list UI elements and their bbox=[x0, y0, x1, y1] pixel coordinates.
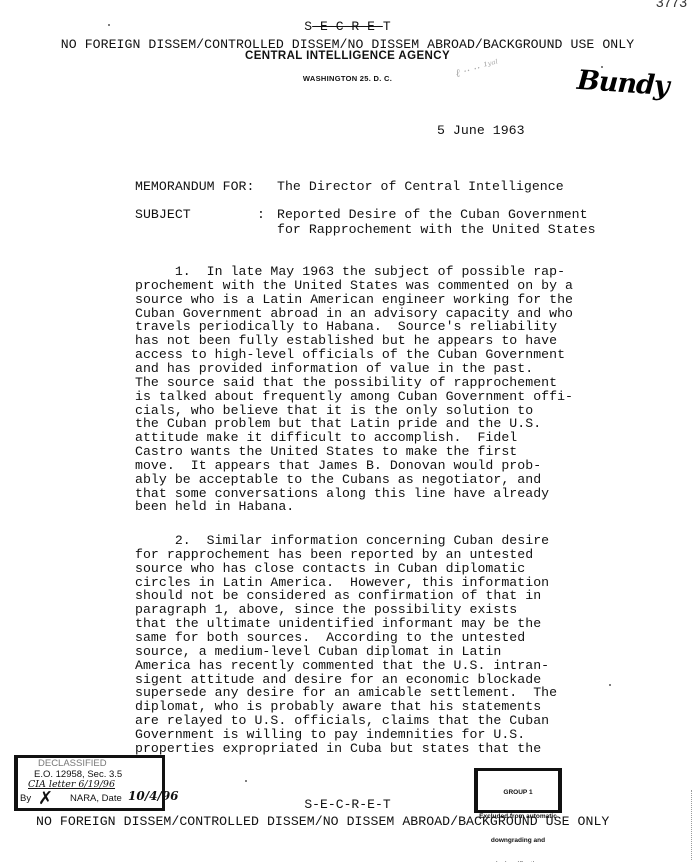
declass-line-1: DECLASSIFIED bbox=[38, 758, 107, 769]
memo-for-value: The Director of Central Intelligence bbox=[277, 179, 564, 194]
paragraph-line: for rapprochement has been reported by a… bbox=[135, 547, 533, 562]
paragraph-line: source who is a Latin American engineer … bbox=[135, 292, 573, 307]
paragraph-line: has not been fully established but he ap… bbox=[135, 333, 557, 348]
memo-subject-line: for Rapprochement with the United States bbox=[277, 222, 596, 237]
group-stamp-title: GROUP 1 bbox=[478, 789, 558, 797]
paragraph-line: 1. In late May 1963 the subject of possi… bbox=[135, 264, 565, 279]
scan-speck bbox=[245, 780, 247, 782]
paragraph-line: properties expropriated in Cuba but stat… bbox=[135, 741, 541, 756]
paragraph-line: source, a medium-level Cuban diplomat in… bbox=[135, 644, 501, 659]
paragraph-line: same for both sources. According to the … bbox=[135, 630, 525, 645]
paragraph-line: that some conversations along this line … bbox=[135, 486, 549, 501]
paragraph-line: supersede any desire for an amicable set… bbox=[135, 685, 557, 700]
classification-struck: -E-C-R-E- bbox=[312, 19, 383, 34]
paragraph-line: move. It appears that James B. Donovan w… bbox=[135, 458, 541, 473]
memo-subject-label: SUBJECT bbox=[135, 207, 191, 222]
paragraph-line: circles in Latin America. However, this … bbox=[135, 575, 549, 590]
paragraph-line: are relayed to U.S. officials, claims th… bbox=[135, 713, 549, 728]
paragraph-line: Cuban Government abroad in an advisory c… bbox=[135, 306, 573, 321]
handwritten-signature: Bundy bbox=[576, 65, 670, 102]
paragraph-line: paragraph 1, above, since the possibilit… bbox=[135, 602, 517, 617]
paragraph-line: source who has close contacts in Cuban d… bbox=[135, 561, 525, 576]
memo-for-label: MEMORANDUM FOR: bbox=[135, 179, 254, 194]
handling-caveat-bottom: NO FOREIGN DISSEM/CONTROLLED DISSEM/NO D… bbox=[36, 814, 609, 829]
paragraph-line: prochement with the United States was co… bbox=[135, 278, 573, 293]
scan-speck bbox=[108, 24, 110, 26]
paragraph-line: that the ultimate unidentified informant… bbox=[135, 616, 541, 631]
memo-subject-colon: : bbox=[257, 207, 265, 222]
scan-speck bbox=[609, 684, 611, 686]
paragraph-line: attitude make it difficult to accomplish… bbox=[135, 430, 517, 445]
classification-marking-top: S-E-C-R-E-T bbox=[0, 19, 695, 34]
paragraph-line: cials, who believe that it is the only s… bbox=[135, 403, 533, 418]
paragraph-line: ably be acceptable to the Cubans as nego… bbox=[135, 472, 541, 487]
scan-edge bbox=[690, 790, 692, 860]
paragraph-line: travels periodically to Habana. Source's… bbox=[135, 319, 557, 334]
classification-suffix: T bbox=[383, 19, 391, 34]
paragraph-line: diplomat, who is probably aware that his… bbox=[135, 699, 541, 714]
memo-subject-line: Reported Desire of the Cuban Government bbox=[277, 207, 588, 222]
paragraph-line: The source said that the possibility of … bbox=[135, 375, 557, 390]
paragraph-line: Castro wants the United States to make t… bbox=[135, 444, 517, 459]
group-stamp-line: downgrading and bbox=[478, 837, 558, 845]
paragraph-line: and has provided information of value in… bbox=[135, 361, 533, 376]
classification-prefix: S bbox=[304, 19, 312, 34]
memo-date: 5 June 1963 bbox=[437, 123, 525, 138]
paragraph-line: Government is willing to pay indemnities… bbox=[135, 727, 525, 742]
paragraph-line: access to high-level officials of the Cu… bbox=[135, 347, 565, 362]
paragraph-line: should not be considered as confirmation… bbox=[135, 588, 541, 603]
paragraph-line: been held in Habana. bbox=[135, 499, 294, 514]
paragraph-line: the Cuban problem but that Latin pride a… bbox=[135, 416, 541, 431]
paragraph-line: 2. Similar information concerning Cuban … bbox=[135, 533, 549, 548]
paragraph-line: sigent attitude and desire for an econom… bbox=[135, 672, 541, 687]
paragraph-line: is talked about frequently among Cuban G… bbox=[135, 389, 573, 404]
page-number: 3773 bbox=[656, 0, 687, 10]
paragraph-line: America has recently commented that the … bbox=[135, 658, 549, 673]
agency-name: CENTRAL INTELLIGENCE AGENCY bbox=[0, 50, 695, 62]
scan-speck bbox=[601, 66, 603, 68]
classification-marking-bottom: S-E-C-R-E-T bbox=[0, 797, 695, 812]
